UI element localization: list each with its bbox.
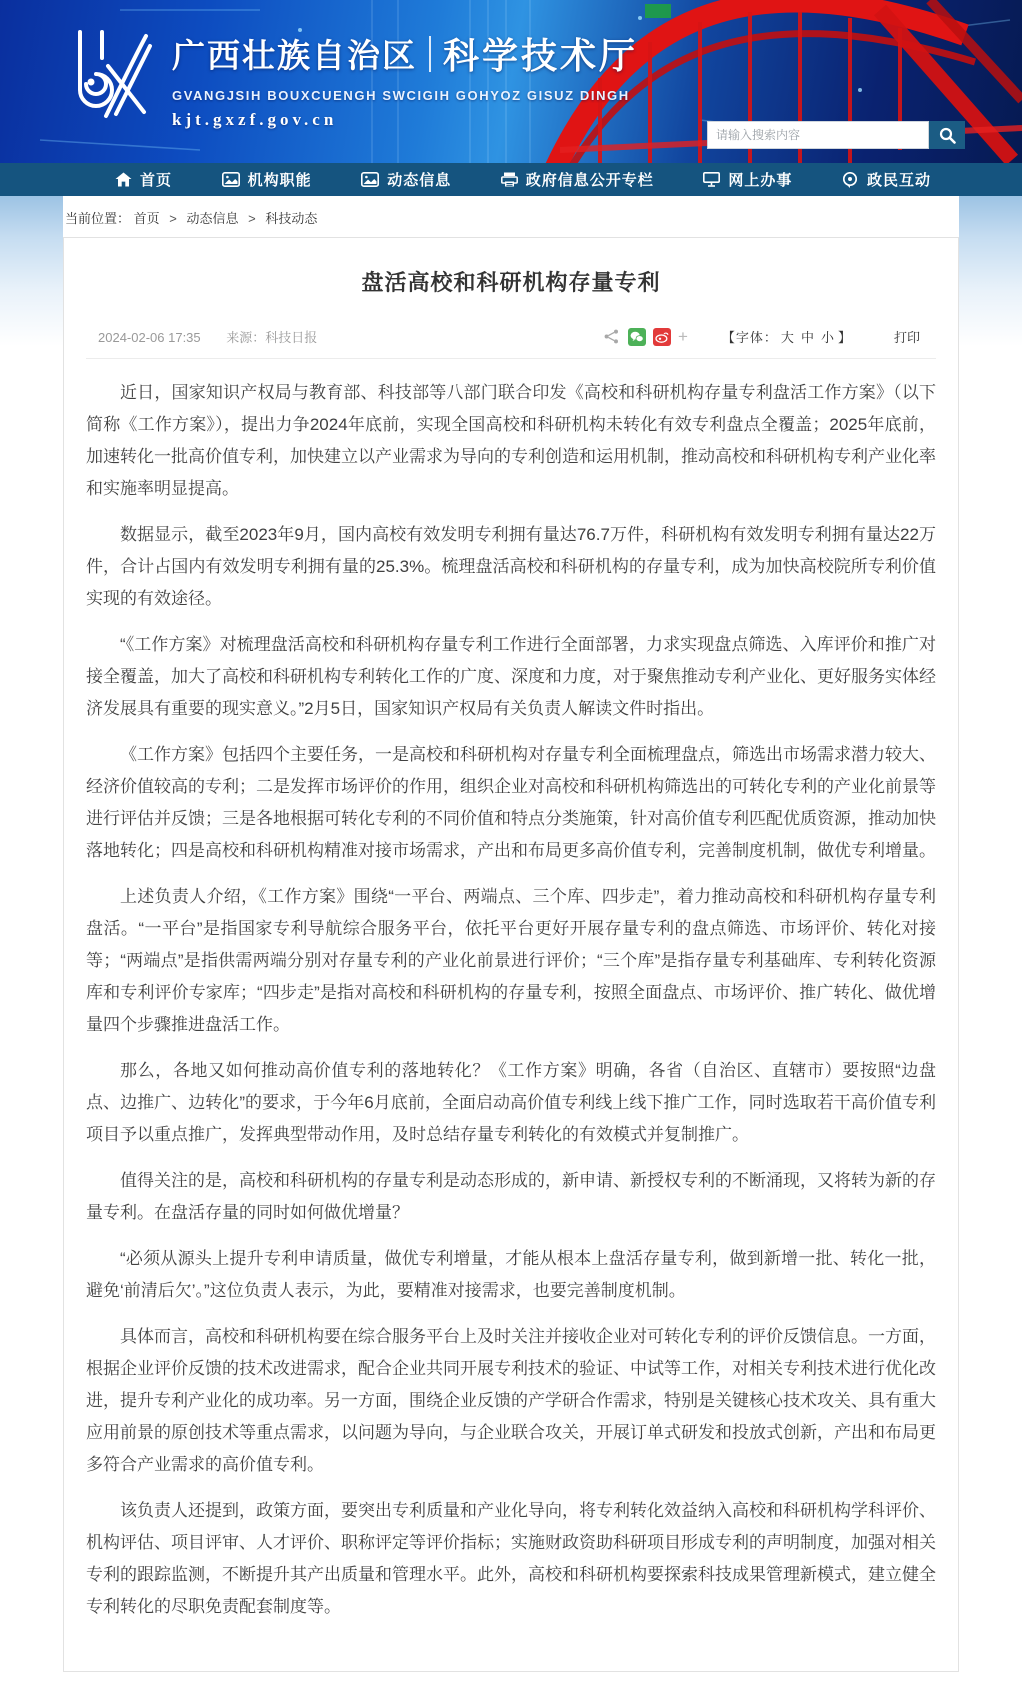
department-name: 科学技术厅 xyxy=(443,28,638,79)
search-input[interactable] xyxy=(707,121,929,149)
picture-icon xyxy=(222,172,240,187)
picture-icon xyxy=(361,172,379,187)
content-area: 当前位置： 首页 > 动态信息 > 科技动态 盘活高校和科研机构存量专利 202… xyxy=(0,196,1022,1684)
breadcrumb-tech-news[interactable]: 科技动态 xyxy=(265,211,317,226)
paragraph: 具体而言，高校和科研机构要在综合服务平台上及时关注并接收企业对可转化专利的评价反… xyxy=(86,1321,936,1481)
font-size-medium[interactable]: 中 xyxy=(801,330,815,345)
print-button[interactable]: 打印 xyxy=(894,327,920,346)
nav-item-news[interactable]: 动态信息 xyxy=(361,169,451,190)
share-icon[interactable] xyxy=(603,328,621,346)
nav-item-functions[interactable]: 机构职能 xyxy=(222,169,312,190)
site-logo xyxy=(58,22,160,126)
nav-item-gov-disclosure[interactable]: 政府信息公开专栏 xyxy=(501,169,654,190)
article-title: 盘活高校和科研机构存量专利 xyxy=(86,266,936,297)
nav-item-home[interactable]: 首页 xyxy=(115,169,172,190)
paragraph: 上述负责人介绍，《工作方案》围绕“一平台、两端点、三个库、四步走”，着力推动高校… xyxy=(86,881,936,1041)
zhuang-name: GVANGJSIH BOUXCUENGH SWCIGIH GOHYOZ GISU… xyxy=(172,88,638,103)
article: 盘活高校和科研机构存量专利 2024-02-06 17:35 来源：科技日报 xyxy=(63,237,959,1672)
site-url: kjt.gxzf.gov.cn xyxy=(172,110,638,130)
article-meta: 2024-02-06 17:35 来源：科技日报 + xyxy=(86,327,936,359)
speech-bubble-icon xyxy=(842,172,859,188)
article-source: 来源：科技日报 xyxy=(226,330,317,345)
paragraph: 该负责人还提到，政策方面，要突出专利质量和产业化导向，将专利转化效益纳入高校和科… xyxy=(86,1495,936,1623)
breadcrumb-prefix: 当前位置： xyxy=(65,211,130,226)
paragraph: 《工作方案》包括四个主要任务，一是高校和科研机构对存量专利全面梳理盘点，筛选出市… xyxy=(86,739,936,867)
article-body: 近日，国家知识产权局与教育部、科技部等八部门联合印发《高校和科研机构存量专利盘活… xyxy=(86,359,936,1623)
wechat-icon[interactable] xyxy=(628,328,646,346)
font-size-large[interactable]: 大 xyxy=(781,330,795,345)
brand-divider xyxy=(429,36,431,72)
main-nav: 首页 机构职能 动态信息 政府信息公开专栏 xyxy=(0,163,1022,196)
breadcrumb-home[interactable]: 首页 xyxy=(134,211,160,226)
weibo-icon[interactable] xyxy=(653,328,671,346)
page: 广西壮族自治区 科学技术厅 GVANGJSIH BOUXCUENGH SWCIG… xyxy=(0,0,1022,1684)
search-bar xyxy=(707,121,965,149)
region-name: 广西壮族自治区 xyxy=(172,30,417,77)
font-size-small[interactable]: 小 xyxy=(821,330,835,345)
breadcrumb: 当前位置： 首页 > 动态信息 > 科技动态 xyxy=(63,196,959,237)
paragraph: “《工作方案》对梳理盘活高校和科研机构存量专利工作进行全面部署，力求实现盘点筛选… xyxy=(86,629,936,725)
paragraph: 值得关注的是，高校和科研机构的存量专利是动态形成的，新申请、新授权专利的不断涌现… xyxy=(86,1165,936,1229)
site-brand: 广西壮族自治区 科学技术厅 GVANGJSIH BOUXCUENGH SWCIG… xyxy=(58,22,638,130)
search-button[interactable] xyxy=(929,121,965,149)
home-icon xyxy=(115,172,132,187)
paragraph: 近日，国家知识产权局与教育部、科技部等八部门联合印发《高校和科研机构存量专利盘活… xyxy=(86,377,936,505)
nav-item-online-services[interactable]: 网上办事 xyxy=(703,169,792,190)
search-icon xyxy=(939,127,956,144)
publish-date: 2024-02-06 17:35 xyxy=(98,330,201,345)
paragraph: “必须从源头上提升专利申请质量，做优专利增量，才能从根本上盘活存量专利，做到新增… xyxy=(86,1243,936,1307)
printer-icon xyxy=(501,172,518,187)
monitor-icon xyxy=(703,172,720,187)
font-size-selector: 【字体：大中小】 xyxy=(722,327,852,346)
nav-item-public-interaction[interactable]: 政民互动 xyxy=(842,169,931,190)
site-banner: 广西壮族自治区 科学技术厅 GVANGJSIH BOUXCUENGH SWCIG… xyxy=(0,0,1022,163)
paragraph: 那么，各地又如何推动高价值专利的落地转化？《工作方案》明确，各省（自治区、直辖市… xyxy=(86,1055,936,1151)
breadcrumb-news[interactable]: 动态信息 xyxy=(187,211,239,226)
paragraph: 数据显示，截至2023年9月，国内高校有效发明专利拥有量达76.7万件，科研机构… xyxy=(86,519,936,615)
more-share-icon[interactable]: + xyxy=(678,328,688,345)
brand-text: 广西壮族自治区 科学技术厅 GVANGJSIH BOUXCUENGH SWCIG… xyxy=(172,22,638,130)
